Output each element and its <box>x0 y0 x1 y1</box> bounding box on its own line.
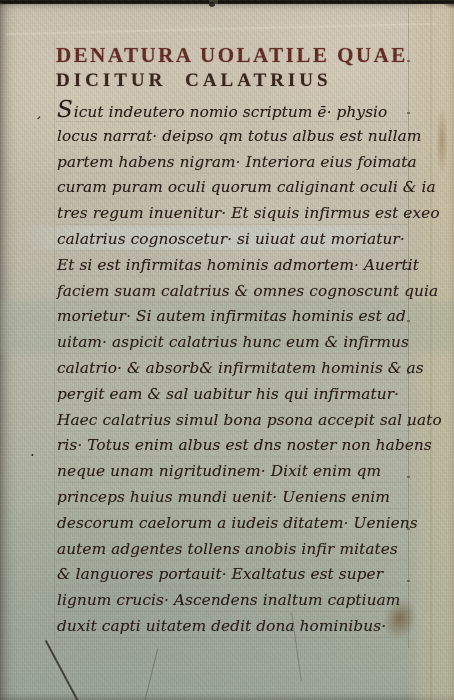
parchment-crease-vertical <box>430 0 432 700</box>
text-line: uitam· aspicit calatrius hunc eum & infi… <box>57 330 413 356</box>
text-line: & languores portauit· Exaltatus est supe… <box>57 562 413 588</box>
text-line: princeps huius mundi uenit· Ueniens enim <box>57 485 413 511</box>
corner-damage <box>440 0 454 9</box>
text-line: Sicut indeutero nomio scriptum ē· physio <box>57 98 413 124</box>
text-line: locus narrat· deipso qm totus albus est … <box>57 124 413 150</box>
margin-mark: ‚ <box>36 106 45 123</box>
margin-mark: · <box>30 446 35 464</box>
text-line: morietur· Si autem infirmitas hominis es… <box>57 304 413 330</box>
parchment-crease <box>6 23 436 36</box>
rubric-title: DENATURA UOLATILE QUAE DICITUR CALATRIUS <box>56 42 416 94</box>
text-line: pergit eam & sal uabitur his qui infirma… <box>57 382 413 408</box>
text-line: lignum crucis· Ascendens inaltum captiua… <box>57 588 413 614</box>
text-line: partem habens nigram· Interiora eius foi… <box>57 150 413 176</box>
text-line: Haec calatrius simul bona psona accepit … <box>57 408 413 434</box>
text-line: descorum caelorum a iudeis ditatem· Ueni… <box>57 511 413 537</box>
text-line: tres regum inuenitur· Et siquis infirmus… <box>57 201 413 227</box>
rubric-title-line-1: DENATURA UOLATILE QUAE <box>56 42 416 68</box>
edge-speck <box>209 2 215 7</box>
text-line: curam puram oculi quorum caliginant ocul… <box>57 175 413 201</box>
left-margin-ruling <box>54 40 55 660</box>
rubric-title-line-2: DICITUR CALATRIUS <box>56 68 416 94</box>
edge-stain <box>434 96 450 186</box>
scratch-mark <box>45 640 82 700</box>
text-line: ris· Totus enim albus est dns noster non… <box>57 433 413 459</box>
text-line: faciem suam calatrius & omnes cognoscunt… <box>57 279 413 305</box>
text-line: autem adgentes tollens anobis infir mita… <box>57 537 413 563</box>
text-block: Sicut indeutero nomio scriptum ē· physio… <box>57 98 413 640</box>
manuscript-page-photo: DENATURA UOLATILE QUAE DICITUR CALATRIUS… <box>0 0 454 700</box>
photo-top-border <box>0 0 454 4</box>
text-line: Et si est infirmitas hominis admortem· A… <box>57 253 413 279</box>
scratch-mark <box>143 649 158 700</box>
text-line: duxit capti uitatem dedit dona hominibus… <box>57 614 413 640</box>
text-line: calatrius cognoscetur· si uiuat aut mori… <box>57 227 413 253</box>
text-line: calatrio· & absorb& infirmitatem hominis… <box>57 356 413 382</box>
text-line: neque unam nigritudinem· Dixit enim qm <box>57 459 413 485</box>
